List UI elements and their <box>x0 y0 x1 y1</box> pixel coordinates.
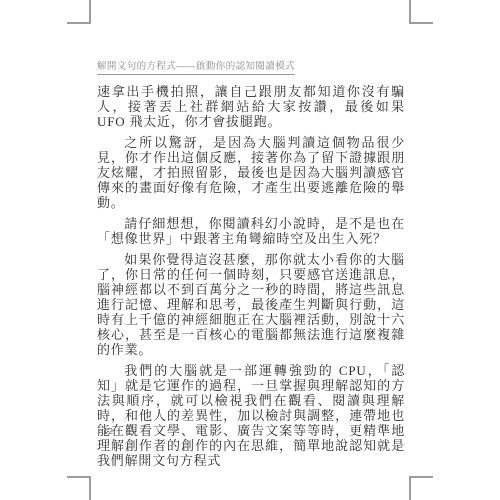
body-paragraph: 速拿出手機拍照，讓自己跟朋友都知道你沒有騙人，接著丟上社群網站給大家按讚，最後如… <box>97 84 405 129</box>
body-paragraph: 我們的大腦就是一部運轉強勁的 CPU，「認知」就是它運作的過程，一旦掌握與理解認… <box>97 363 405 468</box>
body-paragraph: 之所以驚訝，是因為大腦判讀這個物品很少見，你才作出這個反應，接著你為了留下證據跟… <box>97 135 405 210</box>
crop-mark-bottom-left-icon <box>67 476 91 500</box>
crop-mark-bottom-right-icon <box>409 476 433 500</box>
book-page: 解開文句的方程式——啟動你的認知閱讀模式 速拿出手機拍照，讓自己跟朋友都知道你沒… <box>0 0 500 500</box>
body-paragraph: 如果你覺得這沒甚麼，那你就太小看你的大腦了，你日常的任何一個時刻，只要感官送進訊… <box>97 252 405 357</box>
crop-mark-top-right-icon <box>409 0 433 24</box>
page-number: 12 <box>103 426 113 436</box>
body-text: 速拿出手機拍照，讓自己跟朋友都知道你沒有騙人，接著丟上社群網站給大家按讚，最後如… <box>97 84 405 474</box>
crop-mark-top-left-icon <box>67 0 91 24</box>
body-paragraph: 請仔細想想，你閱讀科幻小說時，是不是也在「想像世界」中跟著主角彎縮時空及出生入死… <box>97 216 405 246</box>
running-head: 解開文句的方程式——啟動你的認知閱讀模式 <box>97 61 295 75</box>
